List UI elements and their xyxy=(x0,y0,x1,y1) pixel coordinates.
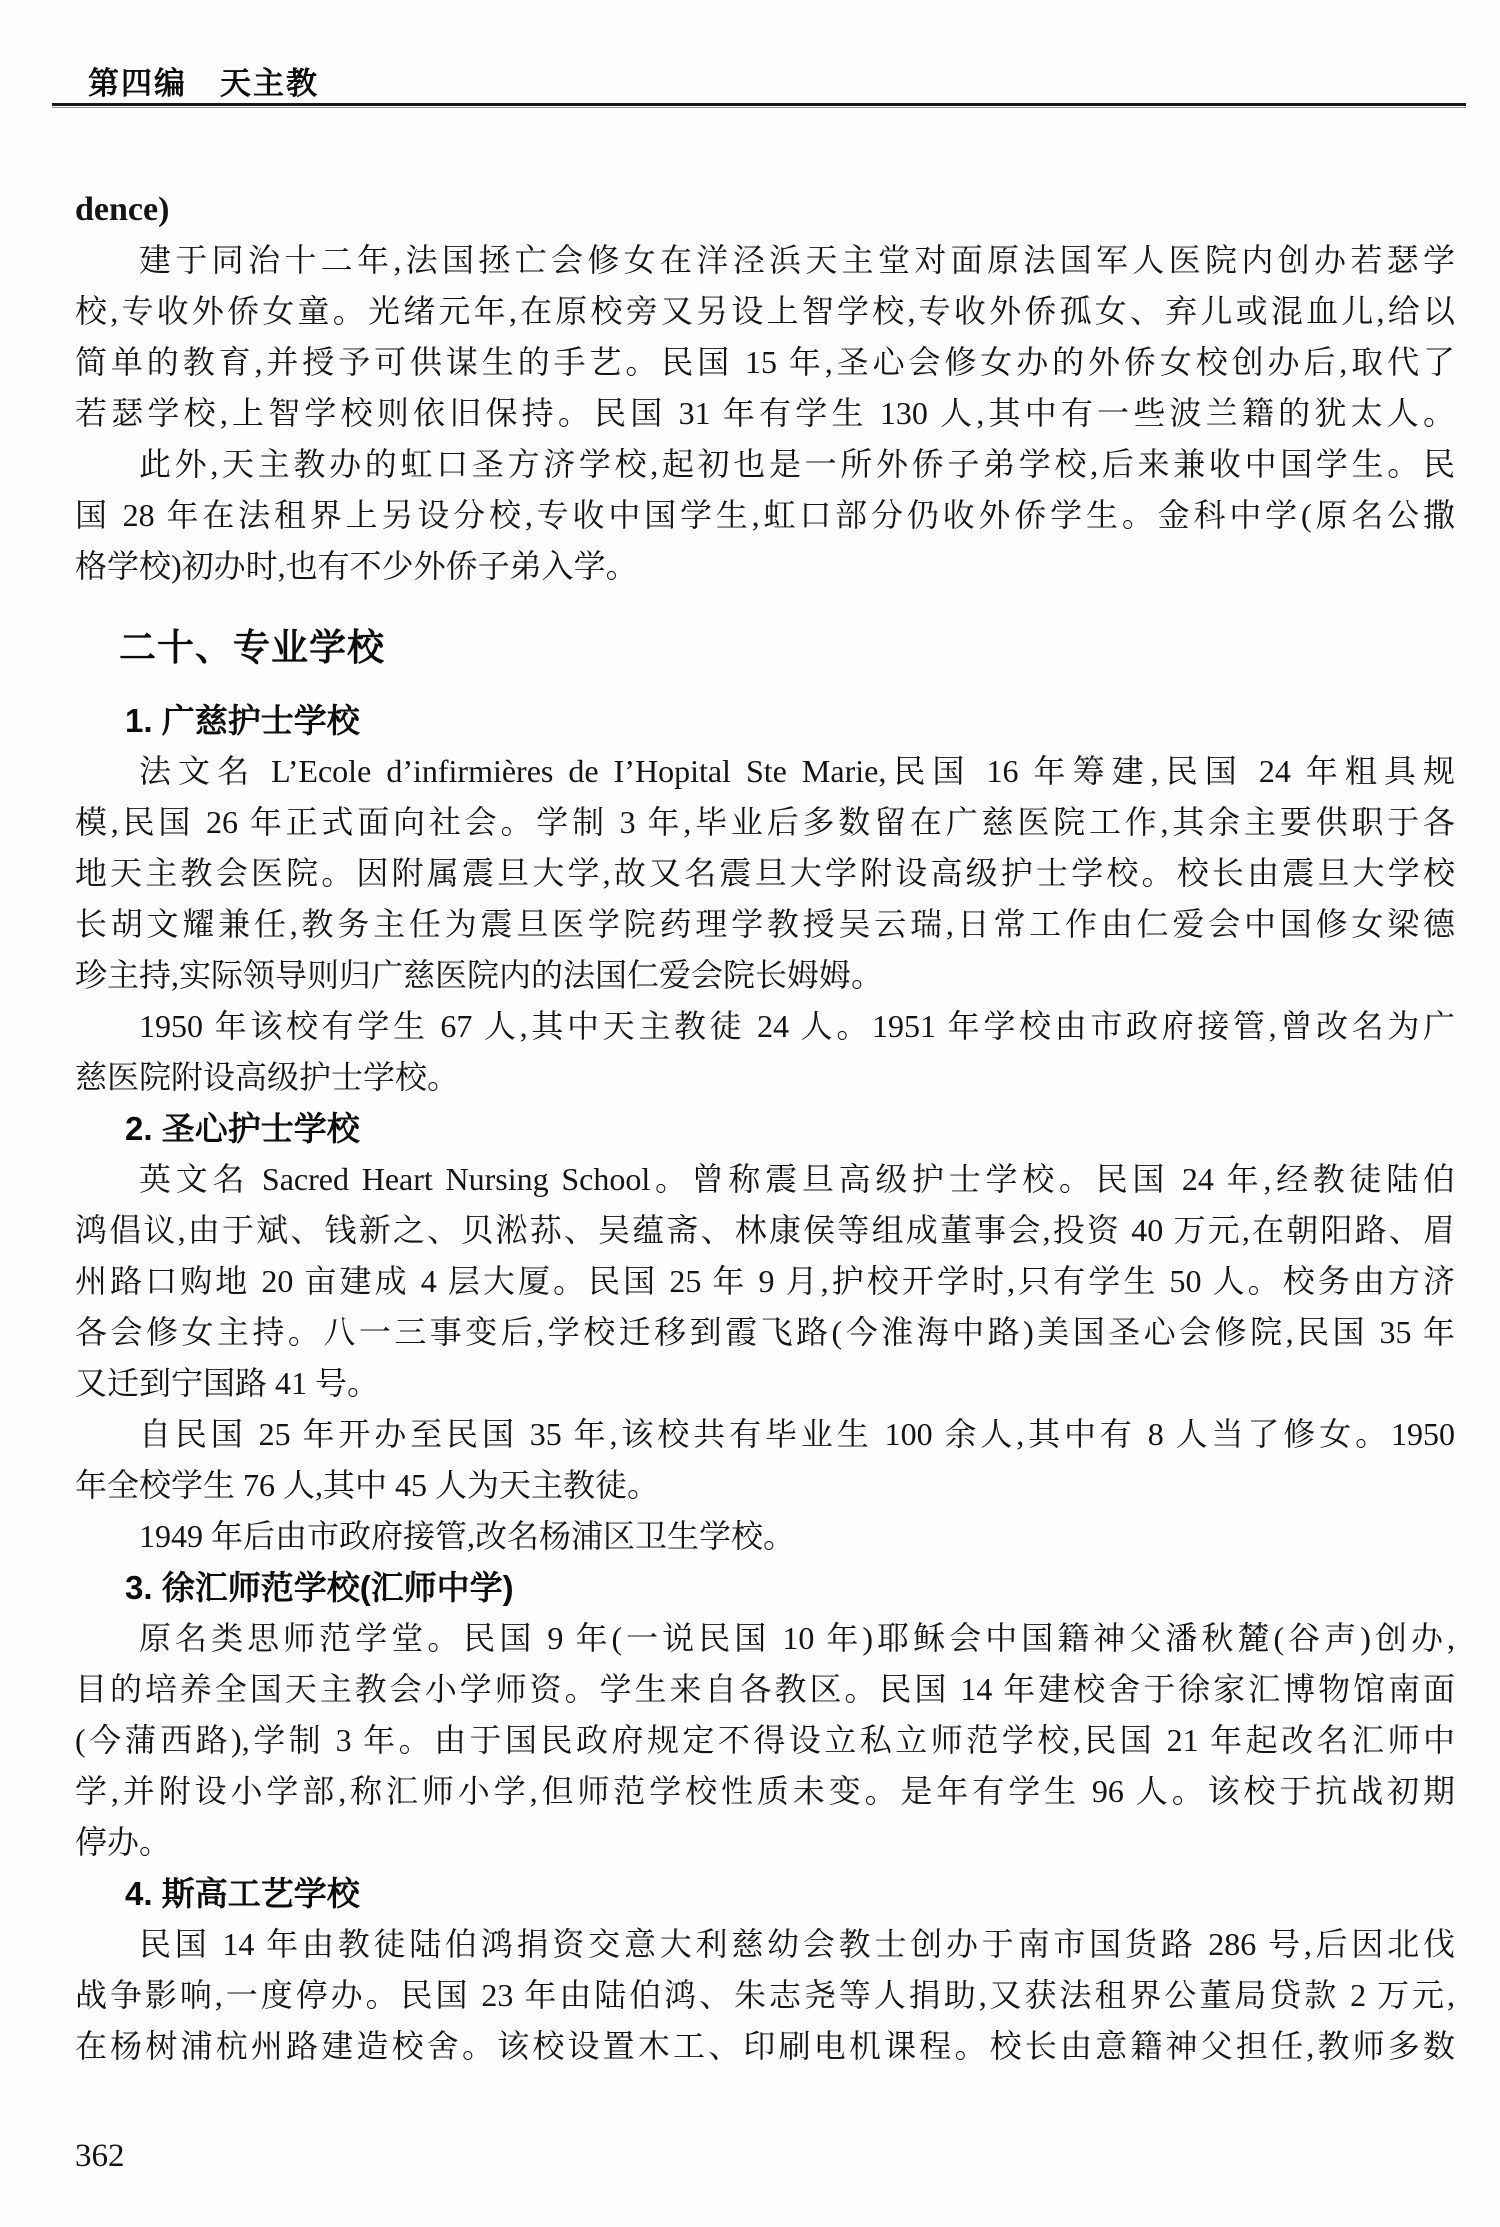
text-line: 鸿倡议,由于斌、钱新之、贝淞荪、吴蕴斋、林康侯等组成董事会,投资 40 万元,在… xyxy=(75,1205,1455,1256)
continuation-word: dence) xyxy=(75,184,1455,235)
text-line: 地天主教会医院。因附属震旦大学,故又名震旦大学附设高级护士学校。校长由震旦大学校 xyxy=(75,848,1455,899)
text-line: 战争影响,一度停办。民国 23 年由陆伯鸿、朱志尧等人捐助,又获法租界公董局贷款… xyxy=(75,1970,1455,2021)
subsection-4-heading: 4. 斯高工艺学校 xyxy=(75,1868,1455,1919)
text-line: 校,专收外侨女童。光绪元年,在原校旁又另设上智学校,专收外侨孤女、弃儿或混血儿,… xyxy=(75,286,1455,337)
text-line: 停办。 xyxy=(75,1817,1455,1868)
paragraph-guangci-1: 法文名 L’Ecole d’infirmières de I’Hopital S… xyxy=(75,746,1455,1001)
subsection-3-heading: 3. 徐汇师范学校(汇师中学) xyxy=(75,1562,1455,1613)
text-line: 法文名 L’Ecole d’infirmières de I’Hopital S… xyxy=(75,746,1455,797)
paragraph-sigao: 民国 14 年由教徒陆伯鸿捐资交意大利慈幼会教士创办于南市国货路 286 号,后… xyxy=(75,1919,1455,2072)
text-line: 英文名 Sacred Heart Nursing School。曾称震旦高级护士… xyxy=(75,1154,1455,1205)
text-line: 民国 14 年由教徒陆伯鸿捐资交意大利慈幼会教士创办于南市国货路 286 号,后… xyxy=(75,1919,1455,1970)
text-line: 长胡文耀兼任,教务主任为震旦医学院药理学教授吴云瑞,日常工作由仁爱会中国修女梁德 xyxy=(75,899,1455,950)
page-body: dence) 建于同治十二年,法国拯亡会修女在洋泾浜天主堂对面原法国军人医院内创… xyxy=(75,168,1455,2072)
header-rule xyxy=(52,103,1466,108)
page-number: 362 xyxy=(75,2136,125,2176)
paragraph-hongkou-school: 此外,天主教办的虹口圣方济学校,起初也是一所外侨子弟学校,后来兼收中国学生。民 … xyxy=(75,439,1455,592)
text-line: 若瑟学校,上智学校则依旧保持。民国 31 年有学生 130 人,其中有一些波兰籍… xyxy=(75,388,1455,439)
section-heading-20: 二十、专业学校 xyxy=(75,622,1455,673)
text-line: 年全校学生 76 人,其中 45 人为天主教徒。 xyxy=(75,1460,1455,1511)
text-line: 州路口购地 20 亩建成 4 层大厦。民国 25 年 9 月,护校开学时,只有学… xyxy=(75,1256,1455,1307)
text-line: (今蒲西路),学制 3 年。由于国民政府规定不得设立私立师范学校,民国 21 年… xyxy=(75,1715,1455,1766)
text-line: 格学校)初办时,也有不少外侨子弟入学。 xyxy=(75,541,1455,592)
text-line: 学,并附设小学部,称汇师小学,但师范学校性质未变。是年有学生 96 人。该校于抗… xyxy=(75,1766,1455,1817)
text-line: 建于同治十二年,法国拯亡会修女在洋泾浜天主堂对面原法国军人医院内创办若瑟学 xyxy=(75,235,1455,286)
running-header: 第四编 天主教 xyxy=(88,58,319,103)
text-line: 原名类思师范学堂。民国 9 年(一说民国 10 年)耶稣会中国籍神父潘秋麓(谷声… xyxy=(75,1613,1455,1664)
scanned-book-page: 第四编 天主教 dence) 建于同治十二年,法国拯亡会修女在洋泾浜天主堂对面原… xyxy=(0,0,1500,2227)
paragraph-ruose-school: 建于同治十二年,法国拯亡会修女在洋泾浜天主堂对面原法国军人医院内创办若瑟学 校,… xyxy=(75,235,1455,439)
text-line: 珍主持,实际领导则归广慈医院内的法国仁爱会院长姆姆。 xyxy=(75,950,1455,1001)
text-line: 国 28 年在法租界上另设分校,专收中国学生,虹口部分仍收外侨学生。金科中学(原… xyxy=(75,490,1455,541)
text-line: 简单的教育,并授予可供谋生的手艺。民国 15 年,圣心会修女办的外侨女校创办后,… xyxy=(75,337,1455,388)
text-line: 1950 年该校有学生 67 人,其中天主教徒 24 人。1951 年学校由市政… xyxy=(75,1001,1455,1052)
text-line: 自民国 25 年开办至民国 35 年,该校共有毕业生 100 余人,其中有 8 … xyxy=(75,1409,1455,1460)
text-line: 模,民国 26 年正式面向社会。学制 3 年,毕业后多数留在广慈医院工作,其余主… xyxy=(75,797,1455,848)
text-line: 慈医院附设高级护士学校。 xyxy=(75,1052,1455,1103)
paragraph-shengxin-2: 自民国 25 年开办至民国 35 年,该校共有毕业生 100 余人,其中有 8 … xyxy=(75,1409,1455,1511)
paragraph-xuhui: 原名类思师范学堂。民国 9 年(一说民国 10 年)耶稣会中国籍神父潘秋麓(谷声… xyxy=(75,1613,1455,1868)
subsection-1-heading: 1. 广慈护士学校 xyxy=(75,695,1455,746)
text-line: 各会修女主持。八一三事变后,学校迁移到霞飞路(今淮海中路)美国圣心会修院,民国 … xyxy=(75,1307,1455,1358)
text-line: 1949 年后由市政府接管,改名杨浦区卫生学校。 xyxy=(75,1511,1455,1562)
subsection-2-heading: 2. 圣心护士学校 xyxy=(75,1103,1455,1154)
text-line: 又迁到宁国路 41 号。 xyxy=(75,1358,1455,1409)
paragraph-shengxin-1: 英文名 Sacred Heart Nursing School。曾称震旦高级护士… xyxy=(75,1154,1455,1409)
text-line: 目的培养全国天主教会小学师资。学生来自各教区。民国 14 年建校舍于徐家汇博物馆… xyxy=(75,1664,1455,1715)
paragraph-guangci-2: 1950 年该校有学生 67 人,其中天主教徒 24 人。1951 年学校由市政… xyxy=(75,1001,1455,1103)
text-line: 此外,天主教办的虹口圣方济学校,起初也是一所外侨子弟学校,后来兼收中国学生。民 xyxy=(75,439,1455,490)
paragraph-shengxin-3: 1949 年后由市政府接管,改名杨浦区卫生学校。 xyxy=(75,1511,1455,1562)
text-line: 在杨树浦杭州路建造校舍。该校设置木工、印刷电机课程。校长由意籍神父担任,教师多数 xyxy=(75,2021,1455,2072)
